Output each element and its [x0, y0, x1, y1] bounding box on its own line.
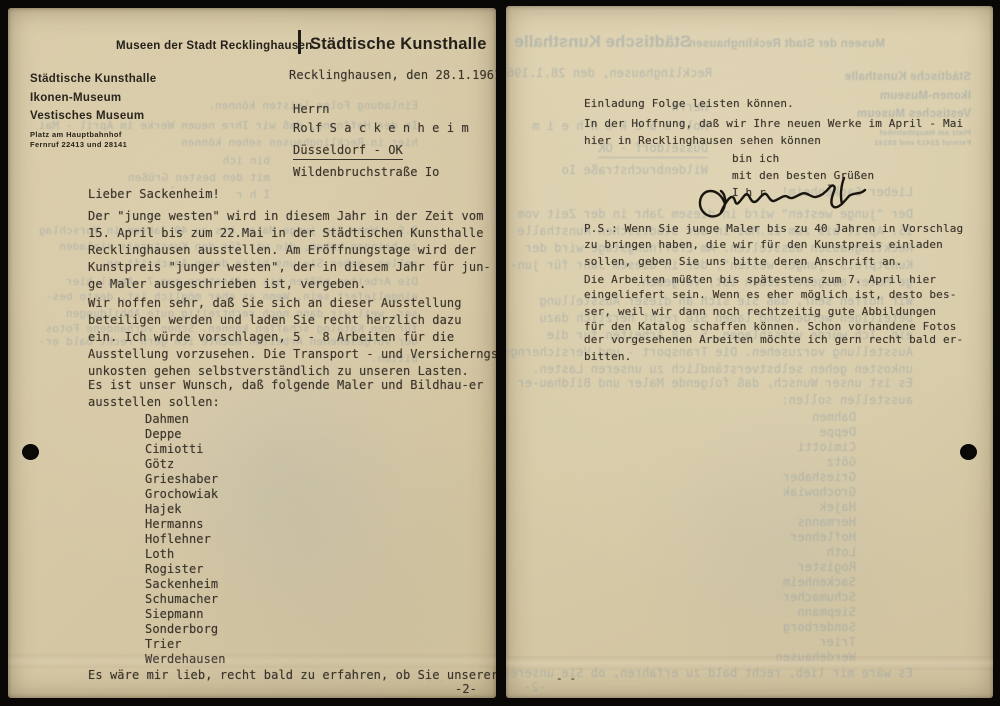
left-page-text: Museen der Stadt RecklinghausenStädtisch… [8, 8, 496, 698]
body-line: ausstellen sollen: [88, 395, 220, 409]
closing-line: mit den besten Grüßen [732, 169, 874, 182]
sidebar-phone: Fernruf 22413 und 28141 [30, 140, 127, 149]
body-line: Einladung Folge leisten können. [584, 97, 794, 110]
date-line: Recklinghausen, den 28.1.1961 [289, 68, 496, 82]
punch-hole-left [22, 444, 39, 460]
artist-name: Dahmen [145, 412, 189, 426]
artist-name: Siepmann [145, 607, 204, 621]
page-mark: - - [556, 672, 576, 685]
body-line: Es ist unser Wunsch, daß folgende Maler … [88, 378, 484, 392]
postscript-line: P.S.: Wenn Sie junge Maler bis zu 40 Jah… [584, 222, 963, 235]
closing-line: I h r [732, 186, 766, 199]
recipient-line: Rolf S a c k e n h e i m [293, 121, 469, 135]
artist-name: Hermanns [145, 517, 204, 531]
sidebar-line: Ikonen-Museum [30, 92, 121, 105]
postscript-line: sollen, geben Sie uns bitte deren Anschr… [584, 255, 902, 268]
artist-name: Trier [145, 637, 182, 651]
body-line: Ausstellung vorzusehen. Die Transport - … [88, 347, 496, 361]
body-line: 15. April bis zum 22.Mai in der Städtisc… [88, 226, 484, 240]
letterhead-kunsthalle: Städtische Kunsthalle [310, 35, 487, 53]
postscript-line: bitten. [584, 350, 631, 363]
salutation: Lieber Sackenheim! [88, 187, 220, 201]
letterhead-city-museums: Museen der Stadt Recklinghausen [116, 40, 313, 53]
body-line: hier in Recklinghausen sehen können [584, 134, 821, 147]
document-scan: Einladung Folge leisten können.In der Ho… [0, 0, 1000, 706]
recipient-line: Düsseldorf - OK [293, 143, 403, 160]
body-line: unkosten gehen selbstverständlich zu uns… [88, 364, 469, 378]
artist-name: Werdehausen [145, 652, 226, 666]
postscript-line: ser, weil wir dann noch rechtzeitig gute… [584, 305, 936, 318]
artist-name: Götz [145, 457, 174, 471]
recipient-line: Herrn [293, 102, 330, 116]
artist-name: Schumacher [145, 592, 218, 606]
artist-name: Grochowiak [145, 487, 218, 501]
postscript-line: für den Katalog schaffen können. Schon v… [584, 320, 957, 333]
right-page: Museen der Stadt RecklinghausenStädtisch… [506, 6, 993, 698]
left-page: Einladung Folge leisten können.In der Ho… [8, 8, 496, 698]
artist-name: Deppe [145, 427, 182, 441]
body-line: Recklinghausen ausstellen. Am Eröffnungs… [88, 243, 476, 257]
body-line: ge Maler ausgeschrieben ist, vergeben. [88, 277, 366, 291]
artist-name: Hajek [145, 502, 182, 516]
postscript-line: zu bringen haben, die wir für den Kunstp… [584, 238, 943, 251]
sidebar-line: Vestisches Museum [30, 110, 144, 123]
artist-name: Grieshaber [145, 472, 218, 486]
artist-name: Rogister [145, 562, 204, 576]
artist-name: Sonderborg [145, 622, 218, 636]
artist-name: Sackenheim [145, 577, 218, 591]
closing-line: bin ich [732, 152, 779, 165]
sidebar-address: Platz am Hauptbahnhof [30, 130, 122, 139]
sidebar-line: Städtische Kunsthalle [30, 73, 156, 86]
body-line: In der Hoffnung, daß wir Ihre neuen Werk… [584, 117, 963, 130]
body-line: Der "junge westen" wird in diesem Jahr i… [88, 209, 484, 223]
right-page-text: Einladung Folge leisten können.In der Ho… [506, 6, 993, 698]
punch-hole-right [960, 444, 977, 460]
body-line: beteiligen werden und laden Sie recht he… [88, 313, 462, 327]
recipient-line: Wildenbruchstraße Io [293, 165, 440, 179]
artist-name: Hoflehner [145, 532, 211, 546]
artist-name: Cimiotti [145, 442, 204, 456]
postscript-line: Die Arbeiten müßten bis spätestens zum 7… [584, 273, 936, 286]
body-line: Wir hoffen sehr, daß Sie sich an dieser … [88, 296, 462, 310]
typed-dash: - [826, 178, 833, 191]
body-line: Kunstpreis "junger westen", der in diese… [88, 260, 491, 274]
body-line: Es wäre mir lieb, recht bald zu erfahren… [88, 668, 496, 682]
postscript-line: eingeliefert sein. Wenn es eher möglich … [584, 288, 957, 301]
postscript-line: der vorgesehenen Arbeiten möchte ich ger… [584, 333, 963, 346]
artist-name: Loth [145, 547, 174, 561]
page-number: -2- [455, 682, 477, 696]
body-line: ein. Ich würde vorschlagen, 5 - 8 Arbeit… [88, 330, 454, 344]
